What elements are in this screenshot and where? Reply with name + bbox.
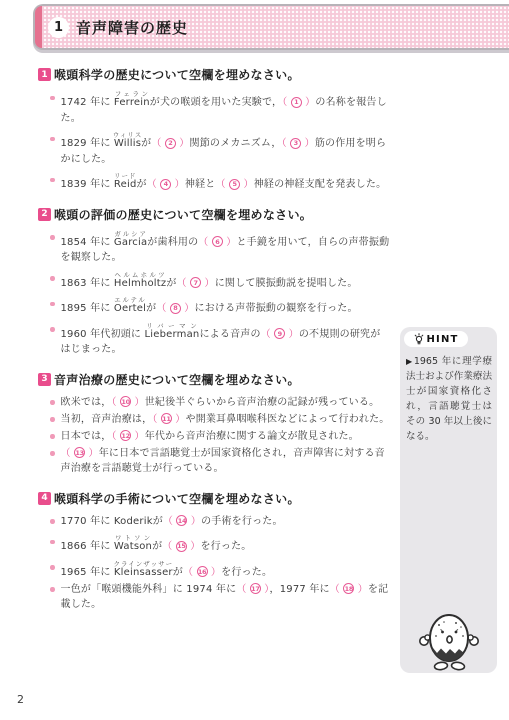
answer-blank-17: （ 17 ） — [236, 584, 269, 595]
circled-number: 16 — [197, 566, 208, 577]
section-heading-row: 4喉頭科学の手術について空欄を埋めなさい。 — [38, 490, 390, 507]
circled-number: 9 — [274, 328, 285, 339]
mascot-foot — [434, 662, 448, 671]
unit-number-badge: 1 — [48, 17, 69, 38]
dot-icon — [50, 434, 55, 439]
dot-icon — [50, 178, 55, 183]
section-number-badge: 4 — [38, 492, 51, 505]
dot-icon — [50, 540, 55, 545]
dot-icon — [50, 235, 55, 240]
section-heading: 喉頭科学の歴史について空欄を埋めなさい。 — [54, 66, 300, 83]
circled-number: 7 — [190, 277, 201, 288]
circled-number: 5 — [229, 179, 240, 190]
person-name: Watsonワトソン — [114, 541, 152, 552]
question-text: 1965 年に Kleinsasserクラインザッサーが（ 16 ）を行った。 — [61, 560, 273, 581]
question-text: 欧米では，（ 10 ）世紀後半ぐらいから音声治療の記録が残っている。 — [61, 395, 380, 411]
circled-number: 2 — [165, 138, 176, 149]
question-text: 当初，音声治療は，（ 11 ）や開業耳鼻咽喉科医などによって行われた。 — [61, 412, 390, 428]
page-number: 2 — [17, 693, 24, 706]
question-item: 当初，音声治療は，（ 11 ）や開業耳鼻咽喉科医などによって行われた。 — [50, 412, 390, 428]
answer-blank-9: （ 9 ） — [261, 329, 299, 340]
question-text: 1866 年に Watsonワトソンが（ 15 ）を行った。 — [61, 534, 252, 555]
answer-blank-13: （ 13 ） — [61, 448, 99, 459]
question-section-2: 2喉頭の評価の歴史について空欄を埋めなさい。1854 年に Garciaガルシア… — [38, 206, 390, 358]
dot-icon — [50, 417, 55, 422]
question-item: 1829 年に Willisウィリスが（ 2 ）関節のメカニズム，（ 3 ）筋の… — [50, 131, 390, 167]
question-list: 1770 年に Koderikが（ 14 ）の手術を行った。1866 年に Wa… — [38, 514, 390, 613]
question-section-1: 1喉頭科学の歴史について空欄を埋めなさい。1742 年に Ferreinフェラン… — [38, 66, 390, 193]
person-name: Garciaガルシア — [114, 237, 147, 248]
circled-number: 4 — [160, 179, 171, 190]
answer-blank-6: （ 6 ） — [198, 237, 236, 248]
question-section-3: 3音声治療の歴史について空欄を埋めなさい。欧米では，（ 10 ）世紀後半ぐらいか… — [38, 371, 390, 477]
person-name: Willisウィリス — [114, 138, 141, 149]
question-item: 欧米では，（ 10 ）世紀後半ぐらいから音声治療の記録が残っている。 — [50, 395, 390, 411]
answer-blank-12: （ 12 ） — [112, 431, 145, 442]
question-text: 1863 年に Helmholtzヘルムホルツが（ 7 ）に関して膜振動説を提唱… — [61, 271, 358, 292]
answer-blank-8: （ 8 ） — [156, 303, 194, 314]
answer-blank-2: （ 2 ） — [151, 138, 189, 149]
question-item: 1965 年に Kleinsasserクラインザッサーが（ 16 ）を行った。 — [50, 560, 390, 581]
person-name: Koderik — [114, 516, 153, 527]
section-number-badge: 1 — [38, 68, 51, 81]
question-text: 1742 年に Ferreinフェランが犬の喉頭を用いた実験で，（ 1 ）の名称… — [61, 90, 391, 126]
person-name: Ferreinフェラン — [114, 97, 150, 108]
hint-panel: HINT ▶1965 年に理学療法士および作業療法士が国家資格化され，言語聴覚士… — [400, 327, 497, 673]
answer-blank-1: （ 1 ） — [282, 97, 315, 108]
dot-icon — [50, 96, 55, 101]
hint-label-text: HINT — [426, 334, 458, 345]
question-item: 1895 年に Oertelエルテルが（ 8 ）における声帯振動の観察を行った。 — [50, 296, 390, 317]
question-text: 1960 年代初頭に Liebermanリバーマンによる音声の（ 9 ）の不規則… — [61, 322, 391, 358]
answer-blank-11: （ 11 ） — [152, 414, 185, 425]
dot-icon — [50, 327, 55, 332]
circled-number: 1 — [291, 97, 302, 108]
section-number-badge: 2 — [38, 208, 51, 221]
person-name: Kleinsasserクラインザッサー — [114, 567, 173, 578]
lightbulb-icon — [413, 333, 425, 345]
play-arrow-icon: ▶ — [406, 357, 413, 366]
question-list: 1854 年に Garciaガルシアが歯科用の（ 6 ）と手鏡を用いて，自らの声… — [38, 230, 390, 358]
person-name: Reidリード — [114, 179, 137, 190]
dot-icon — [50, 137, 55, 142]
circled-number: 14 — [176, 515, 187, 526]
question-text: 1829 年に Willisウィリスが（ 2 ）関節のメカニズム，（ 3 ）筋の… — [61, 131, 391, 167]
circled-number: 3 — [290, 138, 301, 149]
circled-number: 18 — [343, 583, 354, 594]
dot-icon — [50, 276, 55, 281]
circled-number: 12 — [120, 430, 131, 441]
section-heading-row: 2喉頭の評価の歴史について空欄を埋めなさい。 — [38, 206, 390, 223]
dot-icon — [50, 519, 55, 524]
question-item: 1863 年に Helmholtzヘルムホルツが（ 7 ）に関して膜振動説を提唱… — [50, 271, 390, 292]
question-text: 日本では，（ 12 ）年代から音声治療に関する論文が散見された。 — [61, 429, 359, 445]
answer-blank-14: （ 14 ） — [163, 516, 201, 527]
circled-number: 10 — [120, 396, 131, 407]
question-text: 1854 年に Garciaガルシアが歯科用の（ 6 ）と手鏡を用いて，自らの声… — [61, 230, 391, 266]
hint-label: HINT — [404, 331, 468, 347]
dot-icon — [50, 400, 55, 405]
dot-icon — [50, 302, 55, 307]
circled-number: 6 — [212, 236, 223, 247]
question-text: 1770 年に Koderikが（ 14 ）の手術を行った。 — [61, 514, 283, 530]
question-section-4: 4喉頭科学の手術について空欄を埋めなさい。1770 年に Koderikが（ 1… — [38, 490, 390, 613]
question-item: 1854 年に Garciaガルシアが歯科用の（ 6 ）と手鏡を用いて，自らの声… — [50, 230, 390, 266]
section-heading-row: 3音声治療の歴史について空欄を埋めなさい。 — [38, 371, 390, 388]
egg-mascot — [415, 612, 483, 672]
question-area: 1喉頭科学の歴史について空欄を埋めなさい。1742 年に Ferreinフェラン… — [38, 66, 390, 614]
dot-icon — [50, 587, 55, 592]
section-heading: 喉頭科学の手術について空欄を埋めなさい。 — [54, 490, 300, 507]
answer-blank-16: （ 16 ） — [183, 567, 221, 578]
question-list: 1742 年に Ferreinフェランが犬の喉頭を用いた実験で，（ 1 ）の名称… — [38, 90, 390, 193]
question-item: 日本では，（ 12 ）年代から音声治療に関する論文が散見された。 — [50, 429, 390, 445]
dot-icon — [50, 565, 55, 570]
section-number-badge: 3 — [38, 373, 51, 386]
question-item: 1839 年に Reidリードが（ 4 ）神経と（ 5 ）神経の神経支配を発表し… — [50, 172, 390, 193]
circled-number: 11 — [161, 413, 172, 424]
question-item: 一色が「喉頭機能外科」に 1974 年に（ 17 ），1977 年に（ 18 ）… — [50, 582, 390, 613]
answer-blank-7: （ 7 ） — [177, 278, 215, 289]
answer-blank-5: （ 5 ） — [216, 179, 254, 190]
answer-blank-15: （ 15 ） — [162, 541, 200, 552]
unit-title: 音声障害の歴史 — [76, 17, 188, 38]
answer-blank-3: （ 3 ） — [282, 138, 315, 149]
section-heading: 音声治療の歴史について空欄を埋めなさい。 — [54, 371, 300, 388]
question-item: 1742 年に Ferreinフェランが犬の喉頭を用いた実験で，（ 1 ）の名称… — [50, 90, 390, 126]
unit-header: 1 音声障害の歴史 — [33, 4, 509, 50]
question-text: （ 13 ）年に日本で言語聴覚士が国家資格化され，音声障害に対する音声治療を言語… — [61, 446, 391, 477]
question-item: （ 13 ）年に日本で言語聴覚士が国家資格化され，音声障害に対する音声治療を言語… — [50, 446, 390, 477]
circled-number: 17 — [250, 583, 261, 594]
hint-text: ▶1965 年に理学療法士および作業療法士が国家資格化され，言語聴覚士はその 3… — [406, 354, 492, 444]
section-heading: 喉頭の評価の歴史について空欄を埋めなさい。 — [54, 206, 312, 223]
question-text: 1839 年に Reidリードが（ 4 ）神経と（ 5 ）神経の神経支配を発表し… — [61, 172, 387, 193]
person-name: Liebermanリバーマン — [145, 329, 200, 340]
dot-icon — [50, 451, 55, 456]
answer-blank-4: （ 4 ） — [147, 179, 185, 190]
mascot-hand — [467, 635, 477, 645]
hint-text-body: 1965 年に理学療法士および作業療法士が国家資格化され，言語聴覚士はその 30… — [406, 356, 492, 442]
question-item: 1960 年代初頭に Liebermanリバーマンによる音声の（ 9 ）の不規則… — [50, 322, 390, 358]
question-item: 1866 年に Watsonワトソンが（ 15 ）を行った。 — [50, 534, 390, 555]
header-accent-stripe — [35, 6, 42, 48]
mascot-foot — [451, 662, 465, 671]
workbook-page: 1 音声障害の歴史 1喉頭科学の歴史について空欄を埋めなさい。1742 年に F… — [0, 0, 509, 720]
answer-blank-18: （ 18 ） — [330, 584, 368, 595]
mascot-hand — [419, 635, 429, 645]
question-item: 1770 年に Koderikが（ 14 ）の手術を行った。 — [50, 514, 390, 530]
question-text: 一色が「喉頭機能外科」に 1974 年に（ 17 ），1977 年に（ 18 ）… — [61, 582, 391, 613]
person-name: Oertelエルテル — [114, 303, 146, 314]
question-text: 1895 年に Oertelエルテルが（ 8 ）における声帯振動の観察を行った。 — [61, 296, 358, 317]
circled-number: 8 — [170, 303, 181, 314]
section-heading-row: 1喉頭科学の歴史について空欄を埋めなさい。 — [38, 66, 390, 83]
circled-number: 13 — [74, 447, 85, 458]
question-list: 欧米では，（ 10 ）世紀後半ぐらいから音声治療の記録が残っている。当初，音声治… — [38, 395, 390, 477]
circled-number: 15 — [176, 541, 187, 552]
person-name: Helmholtzヘルムホルツ — [114, 278, 166, 289]
answer-blank-10: （ 10 ） — [112, 397, 145, 408]
